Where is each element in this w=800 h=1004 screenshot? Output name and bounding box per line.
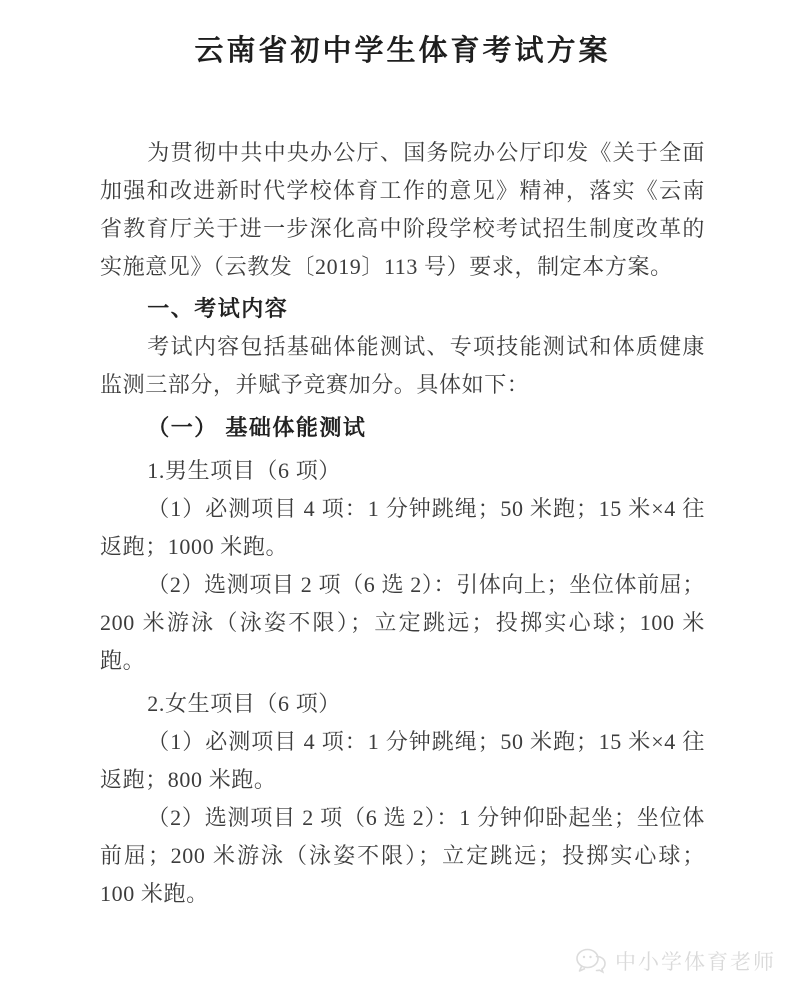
- girls-optional-items: （2）选测项目 2 项（6 选 2）：1 分钟仰卧起坐；坐位体前屈；200 米游…: [100, 799, 705, 913]
- subsection-heading-basic-fitness: （一） 基础体能测试: [100, 409, 705, 447]
- boys-required-items: （1）必测项目 4 项：1 分钟跳绳；50 米跑；15 米×4 往返跑；1000…: [100, 490, 705, 566]
- boys-optional-items: （2）选测项目 2 项（6 选 2）：引体向上；坐位体前屈；200 米游泳（泳姿…: [100, 566, 705, 680]
- document-page: 云南省初中学生体育考试方案 为贯彻中共中央办公厅、国务院办公厅印发《关于全面加强…: [0, 0, 800, 1004]
- section-heading-exam-content: 一、考试内容: [100, 290, 705, 328]
- wechat-icon: [574, 947, 608, 975]
- footer-watermark: 中小学体育老师: [574, 946, 776, 976]
- document-body: 为贯彻中共中央办公厅、国务院办公厅印发《关于全面加强和改进新时代学校体育工作的意…: [100, 134, 705, 913]
- document-title: 云南省初中学生体育考试方案: [100, 30, 705, 72]
- watermark-label: 中小学体育老师: [615, 946, 776, 976]
- exam-content-overview: 考试内容包括基础体能测试、专项技能测试和体质健康监测三部分，并赋予竞赛加分。具体…: [100, 328, 705, 404]
- document-content: 云南省初中学生体育考试方案 为贯彻中共中央办公厅、国务院办公厅印发《关于全面加强…: [0, 0, 800, 913]
- girls-items-title: 2.女生项目（6 项）: [100, 685, 705, 723]
- girls-required-items: （1）必测项目 4 项：1 分钟跳绳；50 米跑；15 米×4 往返跑；800 …: [100, 723, 705, 799]
- intro-paragraph: 为贯彻中共中央办公厅、国务院办公厅印发《关于全面加强和改进新时代学校体育工作的意…: [100, 134, 705, 286]
- boys-items-title: 1.男生项目（6 项）: [100, 452, 705, 490]
